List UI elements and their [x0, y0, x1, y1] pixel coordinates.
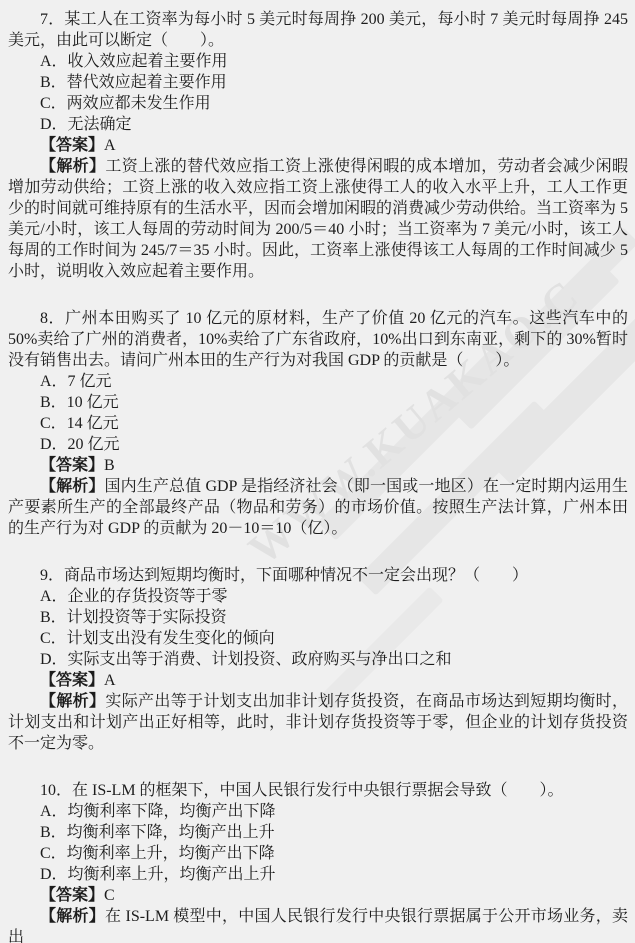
question-10-option-d: D．均衡利率上升，均衡产出上升	[40, 864, 628, 885]
question-10-option-a: A．均衡利率下降，均衡产出下降	[40, 801, 628, 822]
question-7-option-b: B．替代效应起着主要作用	[40, 72, 628, 93]
question-8-option-a: A．7 亿元	[40, 371, 628, 392]
analysis-label: 【解析】	[40, 478, 105, 495]
answer-value: A	[104, 137, 116, 154]
analysis-text: 工资上涨的替代效应指工资上涨使得闲暇的成本增加，劳动者会减少闲暇增加劳动供给；工…	[8, 158, 628, 280]
question-9-option-b: B．计划投资等于实际投资	[40, 607, 628, 628]
question-8-option-b: B．10 亿元	[40, 392, 628, 413]
question-8-analysis: 【解析】国内生产总值 GDP 是指经济社会（即一国或一地区）在一定时期内运用生产…	[8, 476, 628, 539]
question-7-stem: 7．某工人在工资率为每小时 5 美元时每周挣 200 美元，每小时 7 美元时每…	[8, 9, 628, 51]
analysis-label: 【解析】	[40, 158, 105, 175]
question-8-answer-line: 【答案】B	[8, 455, 628, 476]
question-10-option-b: B．均衡利率下降，均衡产出上升	[40, 822, 628, 843]
question-9-answer-line: 【答案】A	[8, 670, 628, 691]
question-7-analysis: 【解析】工资上涨的替代效应指工资上涨使得闲暇的成本增加，劳动者会减少闲暇增加劳动…	[8, 156, 628, 282]
question-9-stem: 9．商品市场达到短期均衡时，下面哪种情况不一定会出现？（ ）	[8, 565, 628, 586]
answer-label: 【答案】	[40, 137, 104, 154]
answer-value: A	[104, 672, 116, 689]
analysis-label: 【解析】	[40, 908, 105, 925]
question-10-stem: 10．在 IS-LM 的框架下，中国人民银行发行中央银行票据会导致（ ）。	[8, 780, 628, 801]
question-7: 7．某工人在工资率为每小时 5 美元时每周挣 200 美元，每小时 7 美元时每…	[8, 9, 628, 282]
question-10: 10．在 IS-LM 的框架下，中国人民银行发行中央银行票据会导致（ ）。 A．…	[8, 780, 628, 943]
question-7-option-a: A．收入效应起着主要作用	[40, 51, 628, 72]
question-8-option-d: D．20 亿元	[40, 434, 628, 455]
question-8: 8．广州本田购买了 10 亿元的原材料，生产了价值 20 亿元的汽车。这些汽车中…	[8, 308, 628, 539]
answer-value: B	[104, 457, 115, 474]
answer-value: C	[104, 887, 115, 904]
question-10-option-c: C．均衡利率上升，均衡产出下降	[40, 843, 628, 864]
question-9-option-a: A．企业的存货投资等于零	[40, 586, 628, 607]
question-9-option-c: C．计划支出没有发生变化的倾向	[40, 628, 628, 649]
document-page: 7．某工人在工资率为每小时 5 美元时每周挣 200 美元，每小时 7 美元时每…	[0, 0, 635, 943]
question-9-analysis: 【解析】实际产出等于计划支出加非计划存货投资，在商品市场达到短期均衡时，计划支出…	[8, 691, 628, 754]
question-7-option-c: C．两效应都未发生作用	[40, 93, 628, 114]
question-9: 9．商品市场达到短期均衡时，下面哪种情况不一定会出现？（ ） A．企业的存货投资…	[8, 565, 628, 754]
answer-label: 【答案】	[40, 887, 104, 904]
answer-label: 【答案】	[40, 672, 104, 689]
analysis-label: 【解析】	[40, 693, 105, 710]
answer-label: 【答案】	[40, 457, 104, 474]
question-8-stem: 8．广州本田购买了 10 亿元的原材料，生产了价值 20 亿元的汽车。这些汽车中…	[8, 308, 628, 371]
question-7-answer-line: 【答案】A	[8, 135, 628, 156]
question-9-option-d: D．实际支出等于消费、计划投资、政府购买与净出口之和	[40, 649, 628, 670]
question-10-answer-line: 【答案】C	[8, 885, 628, 906]
question-7-option-d: D．无法确定	[40, 114, 628, 135]
question-8-option-c: C．14 亿元	[40, 413, 628, 434]
question-10-analysis: 【解析】在 IS-LM 模型中，中国人民银行发行中央银行票据属于公开市场业务，卖…	[8, 906, 628, 943]
